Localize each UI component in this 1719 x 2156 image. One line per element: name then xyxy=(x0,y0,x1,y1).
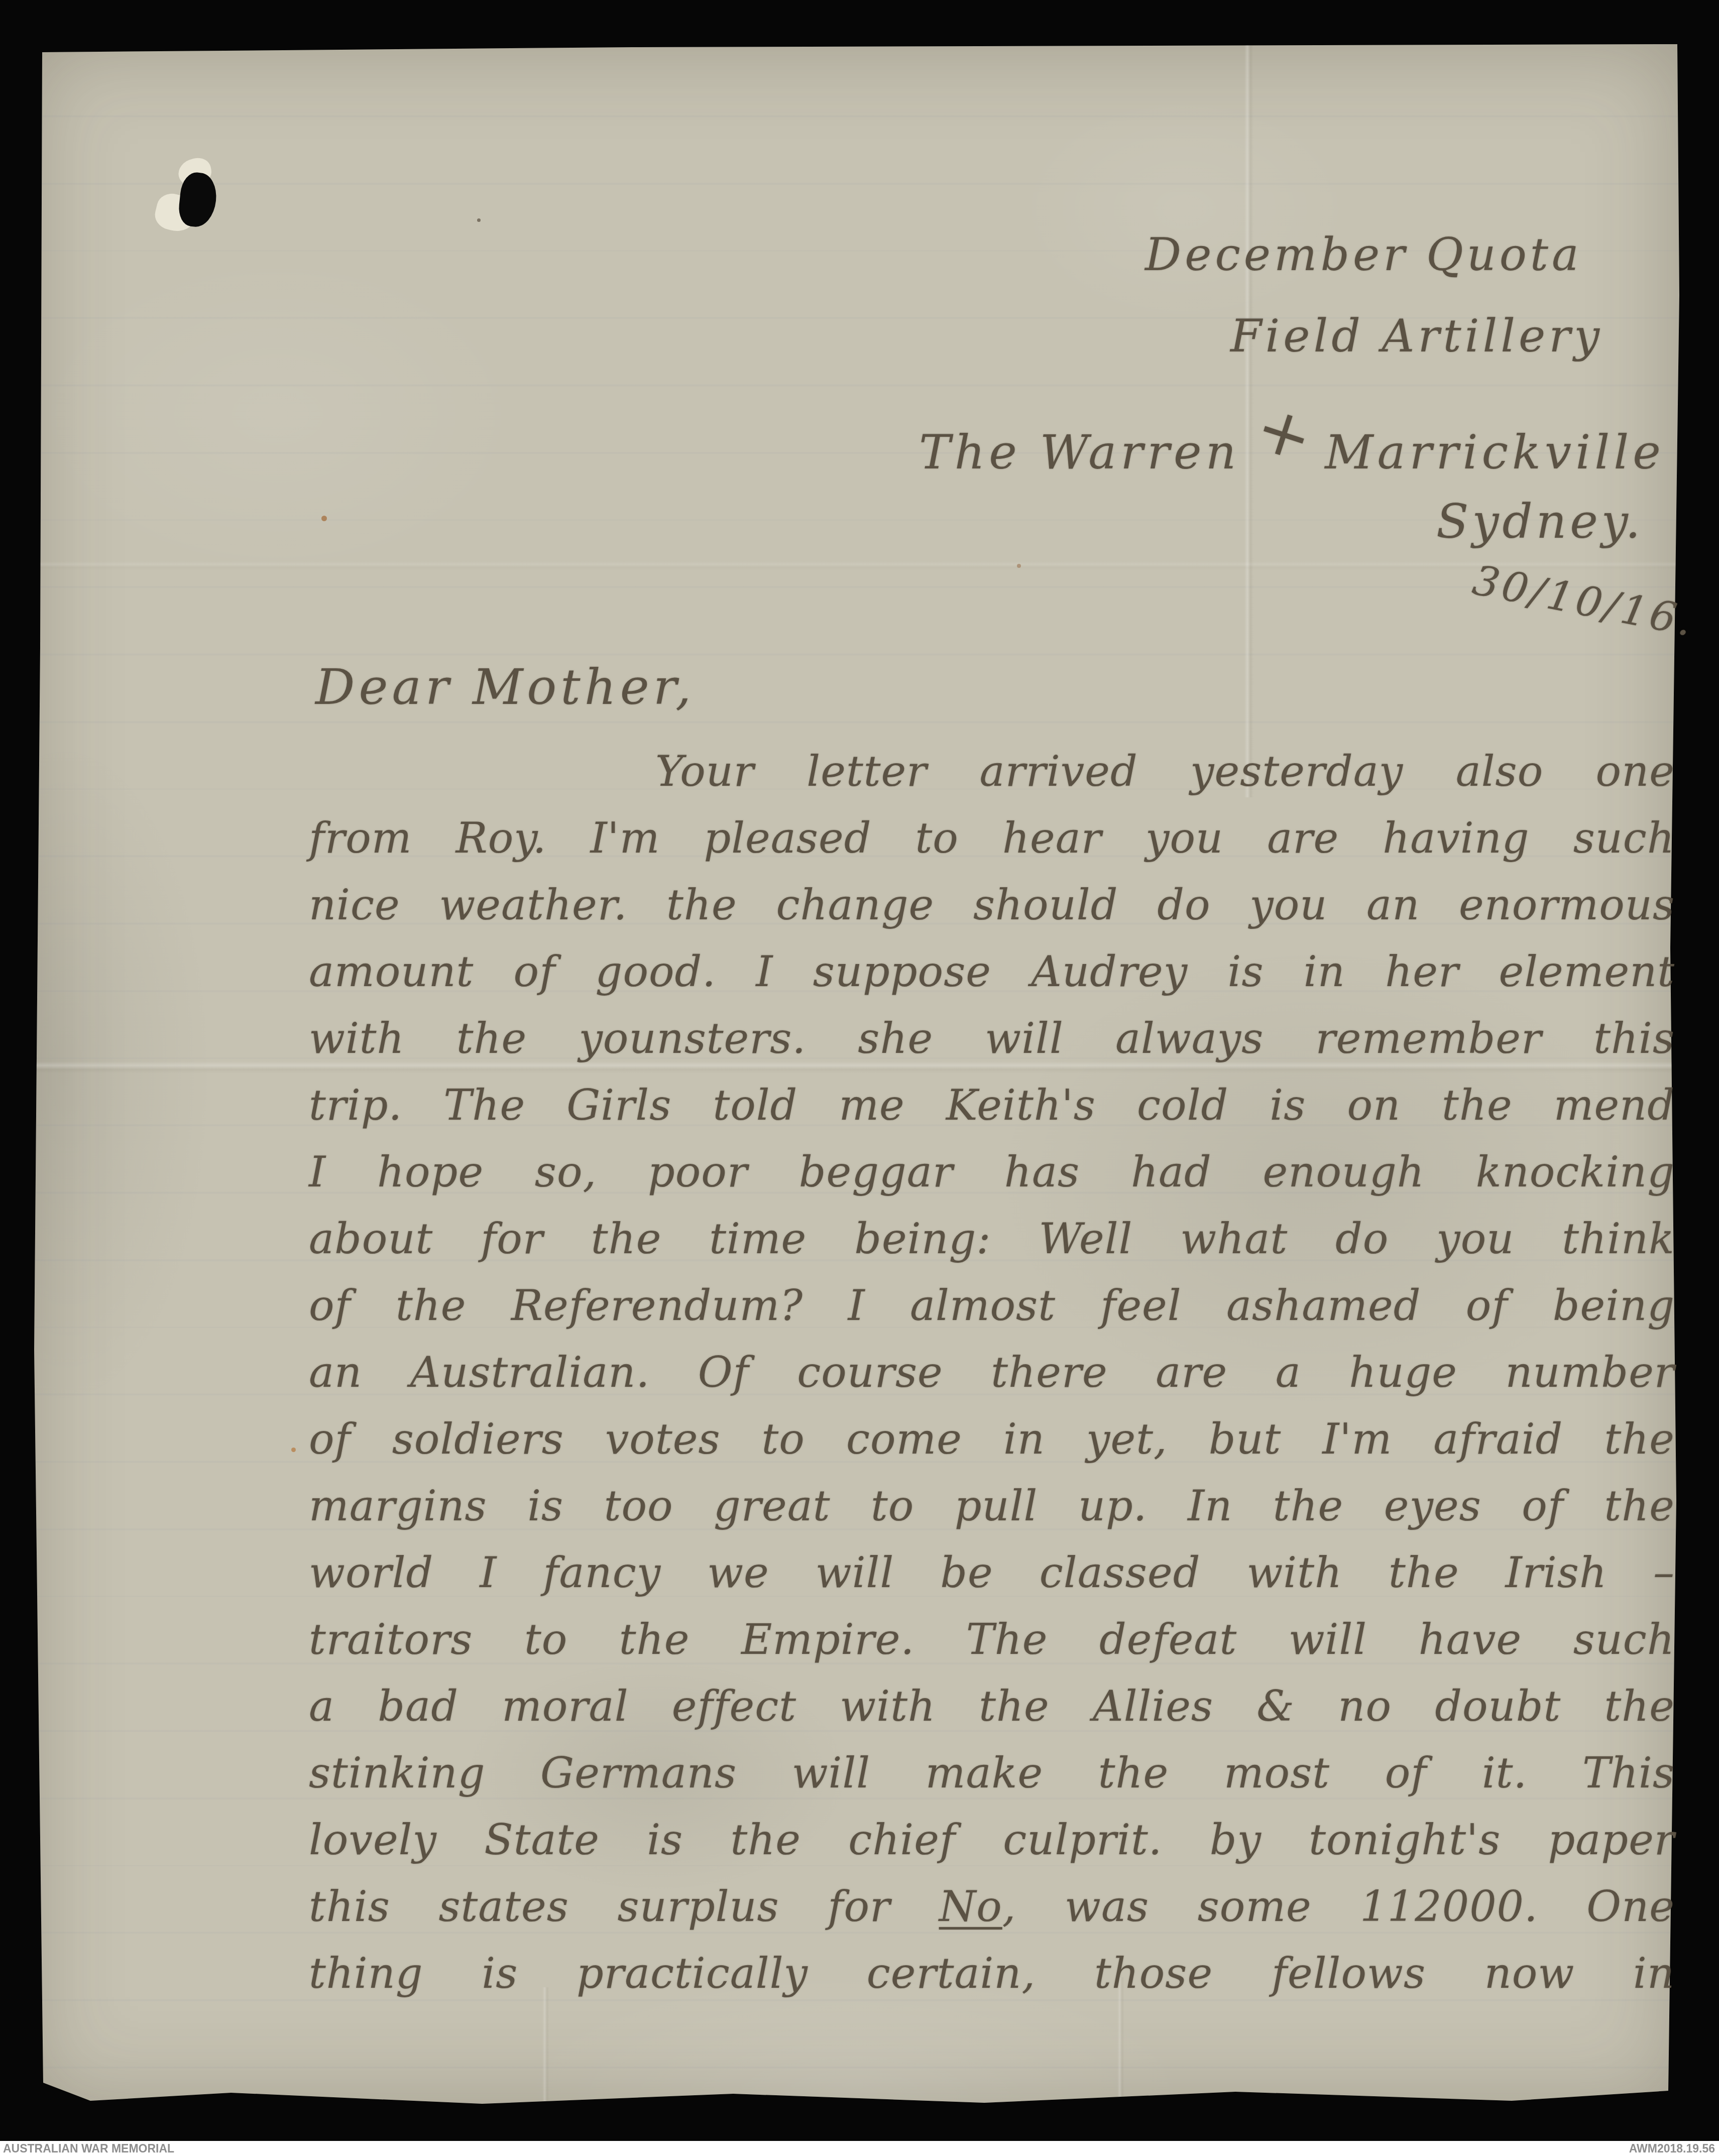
address-place: The Warren xyxy=(919,425,1240,480)
letter-line: an Australian. Of course there are a hug… xyxy=(309,1339,1675,1406)
catalog-number: AWM2018.19.56 xyxy=(1629,2142,1715,2155)
scanned-letter-page: December Quota Field Artillery The Warre… xyxy=(0,0,1719,2156)
letter-line: thing is practically certain, those fell… xyxy=(309,1940,1675,2007)
archive-name: AUSTRALIAN WAR MEMORIAL xyxy=(3,2142,174,2155)
header-unit-line: December Quota xyxy=(1145,228,1582,281)
letter-line: Your letter arrived yesterday also one xyxy=(309,738,1675,805)
letter-line: stinking Germans will make the most of i… xyxy=(309,1740,1675,1807)
rust-stain xyxy=(1017,564,1021,568)
letter-line: lovely State is the chief culprit. by to… xyxy=(309,1807,1675,1873)
letter-line: with the younsters. she will always reme… xyxy=(309,1005,1675,1072)
line-text: , was some 112000. One xyxy=(1002,1882,1675,1931)
horizontal-fold-crease xyxy=(30,561,1679,570)
letter-line: amount of good. I suppose Audrey is in h… xyxy=(309,938,1675,1005)
letter-line: from Roy. I'm pleased to hear you are ha… xyxy=(309,805,1675,872)
watermark-bar: AUSTRALIAN WAR MEMORIAL AWM2018.19.56 xyxy=(0,2141,1719,2156)
letter-line: this states surplus for No, was some 112… xyxy=(309,1873,1675,1940)
letter-line: traitors to the Empire. The defeat will … xyxy=(309,1606,1675,1673)
letter-line: margins is too great to pull up. In the … xyxy=(309,1473,1675,1539)
header-address-line: The Warren+Marrickville xyxy=(919,408,1665,484)
letter-line: trip. The Girls told me Keith's cold is … xyxy=(309,1072,1675,1139)
letter-line: of soldiers votes to come in yet, but I'… xyxy=(309,1406,1675,1473)
header-unit-line: Field Artillery xyxy=(1230,310,1603,363)
letter-line: about for the time being: Well what do y… xyxy=(309,1206,1675,1272)
salutation: Dear Mother, xyxy=(315,659,695,716)
letter-body: Your letter arrived yesterday also one f… xyxy=(309,738,1675,2007)
letter-line: of the Referendum? I almost feel ashamed… xyxy=(309,1272,1675,1339)
address-suburb: Marrickville xyxy=(1325,425,1665,480)
line-text: this states surplus for xyxy=(309,1882,939,1931)
letter-line: a bad moral effect with the Allies & no … xyxy=(309,1673,1675,1740)
ink-speck xyxy=(477,218,481,222)
rust-stain xyxy=(291,1448,296,1452)
header-city: Sydney. xyxy=(1436,495,1644,549)
letter-line: world I fancy we will be classed with th… xyxy=(309,1539,1675,1606)
letter-line: nice weather. the change should do you a… xyxy=(309,872,1675,938)
rust-stain xyxy=(321,516,327,521)
letter-line: I hope so, poor beggar has had enough kn… xyxy=(309,1139,1675,1206)
underlined-word: No xyxy=(939,1882,1002,1931)
